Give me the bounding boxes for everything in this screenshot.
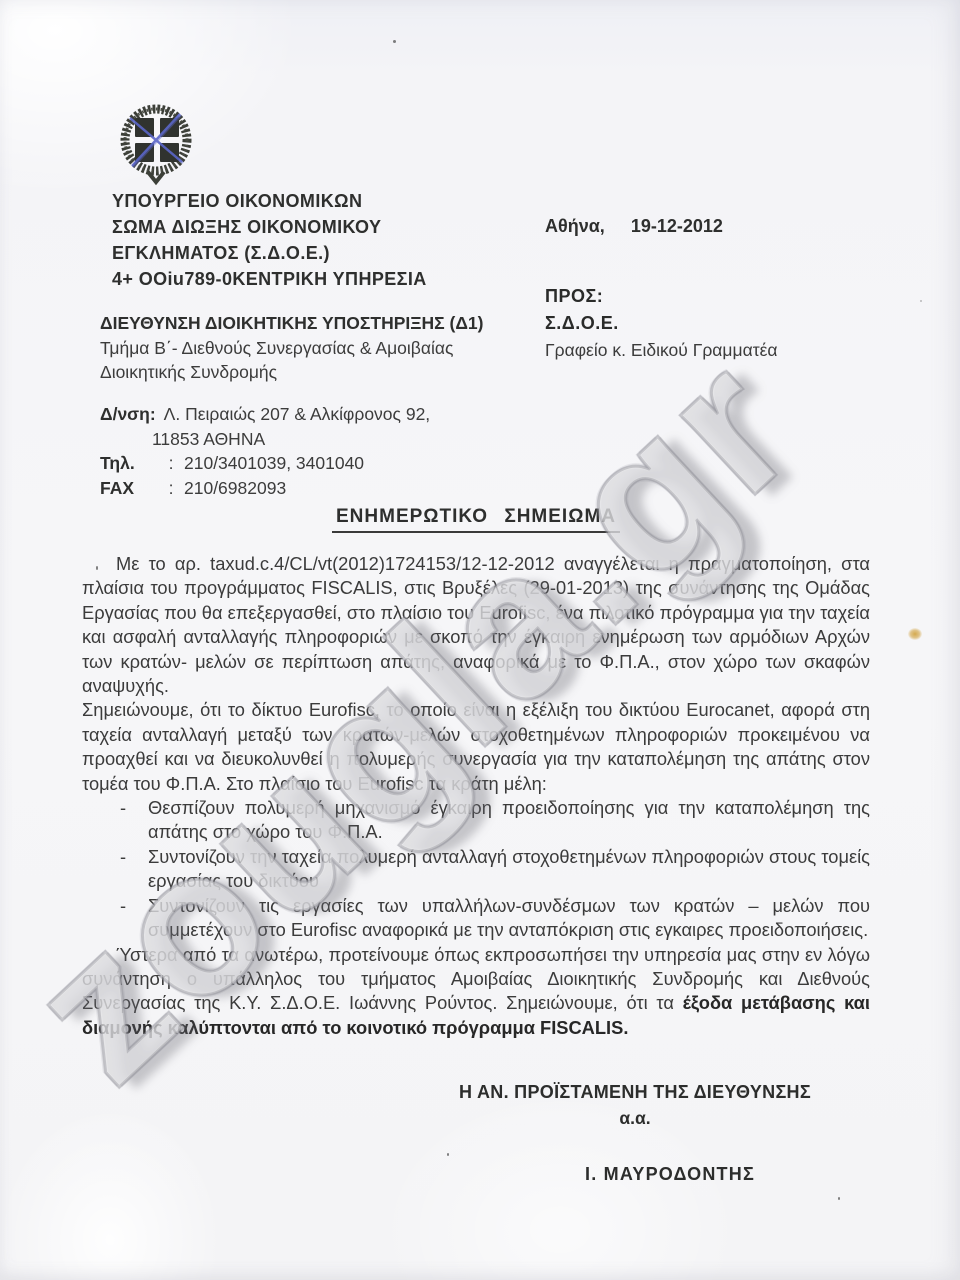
address-line-1: Λ. Πειραιώς 207 & Αλκίφρονος 92, bbox=[164, 402, 431, 427]
scan-speck bbox=[447, 1153, 449, 1156]
org-line-4: 4+ ΟΟiu789-0ΚΕΝΤΡΙΚΗ ΥΠΗΡΕΣΙΑ bbox=[112, 266, 427, 292]
org-line-1: ΥΠΟΥΡΓΕΙΟ ΟΙΚΟΝΟΜΙΚΩΝ bbox=[112, 188, 427, 214]
org-line-3: ΕΓΚΛΗΜΑΤΟΣ (Σ.Δ.Ο.Ε.) bbox=[112, 240, 427, 266]
scan-speck bbox=[96, 566, 98, 570]
tel-value: 210/3401039, 3401040 bbox=[184, 451, 364, 476]
fax-row: FAX : 210/6982093 bbox=[100, 476, 430, 501]
paragraph-2: Σημειώνουμε, ότι το δίκτυο Eurofisc, το … bbox=[82, 698, 870, 796]
recipient-org: Σ.Δ.Ο.Ε. bbox=[545, 310, 778, 337]
contact-block: Δ/νση: Λ. Πειραιώς 207 & Αλκίφρονος 92, … bbox=[100, 402, 430, 500]
scan-speck bbox=[393, 40, 396, 43]
scanned-letter-page: zougla.gr ΥΠΟΥΡΓΕΙΟ ΟΙΚΟΝΟΜΙΚΩΝ ΣΩΜΑ ΔΙΩ… bbox=[0, 0, 960, 1280]
address-line-2: 11853 ΑΘΗΝΑ bbox=[100, 427, 430, 452]
paragraph-1: Με το αρ. taxud.c.4/CL/vt(2012)1724153/1… bbox=[82, 552, 870, 698]
date-line: Αθήνα,19-12-2012 bbox=[545, 216, 723, 237]
directorate-title: ΔΙΕΥΘΥΝΣΗ ΔΙΟΙΚΗΤΙΚΗΣ ΥΠΟΣΤΗΡΙΞΗΣ (Δ1) bbox=[100, 311, 484, 336]
signature-block: Η ΑΝ. ΠΡΟΪΣΤΑΜΕΝΗ ΤΗΣ ΔΙΕΥΘΥΝΣΗΣ α.α. bbox=[420, 1082, 850, 1129]
tel-row: Τηλ. : 210/3401039, 3401040 bbox=[100, 451, 430, 476]
bullet-item-1: - Θεσπίζουν πολυμερή μηχανισμό έγκαιρη π… bbox=[120, 796, 870, 845]
tel-colon: : bbox=[158, 451, 184, 476]
bullet-text-3: Συντονίζουν τις εργασίες των υπαλλήλων-σ… bbox=[148, 895, 870, 940]
bullet-dash: - bbox=[120, 845, 126, 869]
bullet-dash: - bbox=[120, 894, 126, 918]
bullet-list: - Θεσπίζουν πολυμερή μηχανισμό έγκαιρη π… bbox=[120, 796, 870, 942]
bullet-text-2: Συντονίζουν την ταχεία πολυμερή ανταλλαγ… bbox=[148, 846, 870, 891]
signature-name: Ι. ΜΑΥΡΟΔΟΝΤΗΣ bbox=[470, 1164, 870, 1185]
bullet-item-2: - Συντονίζουν την ταχεία πολυμερή ανταλλ… bbox=[120, 845, 870, 894]
letterhead-org: ΥΠΟΥΡΓΕΙΟ ΟΙΚΟΝΟΜΙΚΩΝ ΣΩΜΑ ΔΙΩΞΗΣ ΟΙΚΟΝΟ… bbox=[112, 188, 427, 292]
bullet-item-3: - Συντονίζουν τις εργασίες των υπαλλήλων… bbox=[120, 894, 870, 943]
org-line-2: ΣΩΜΑ ΔΙΩΞΗΣ ΟΙΚΟΝΟΜΙΚΟΥ bbox=[112, 214, 427, 240]
directorate-block: ΔΙΕΥΘΥΝΣΗ ΔΙΟΙΚΗΤΙΚΗΣ ΥΠΟΣΤΗΡΙΞΗΣ (Δ1) Τ… bbox=[100, 311, 484, 385]
subject-title: ΕΝΗΜΕΡΩΤΙΚΟ ΣΗΜΕΙΩΜΑ bbox=[332, 506, 620, 533]
scan-speck bbox=[838, 1197, 840, 1200]
closing-paragraph: Ύστερα από τα ανωτέρω, προτείνουμε όπως … bbox=[82, 943, 870, 1041]
signature-title: Η ΑΝ. ΠΡΟΪΣΤΑΜΕΝΗ ΤΗΣ ΔΙΕΥΘΥΝΣΗΣ bbox=[420, 1082, 850, 1103]
subject-title-wrap: ΕΝΗΜΕΡΩΤΙΚΟ ΣΗΜΕΙΩΜΑ bbox=[82, 506, 870, 533]
signature-by-order: α.α. bbox=[420, 1108, 850, 1129]
yellow-scan-stain bbox=[908, 628, 922, 640]
fax-colon: : bbox=[158, 476, 184, 501]
address-label: Δ/νση: bbox=[100, 402, 156, 427]
date-value: 19-12-2012 bbox=[631, 216, 723, 236]
fax-label: FAX bbox=[100, 476, 158, 501]
tel-label: Τηλ. bbox=[100, 451, 158, 476]
wreath-stems bbox=[148, 172, 164, 182]
bullet-dash: - bbox=[120, 796, 126, 820]
city-label: Αθήνα, bbox=[545, 216, 605, 236]
pros-label: ΠΡΟΣ: bbox=[545, 283, 778, 310]
greek-state-emblem-icon bbox=[114, 96, 198, 190]
recipient-office: Γραφείο κ. Ειδικού Γραμματέα bbox=[545, 337, 778, 364]
letter-body: Με το αρ. taxud.c.4/CL/vt(2012)1724153/1… bbox=[82, 552, 870, 1040]
fax-value: 210/6982093 bbox=[184, 476, 286, 501]
department-line-2: Διοικητικής Συνδρομής bbox=[100, 360, 484, 385]
department-line-1: Τμήμα Β΄- Διεθνούς Συνεργασίας & Αμοιβαί… bbox=[100, 336, 484, 361]
scan-speck bbox=[920, 300, 922, 302]
bullet-text-1: Θεσπίζουν πολυμερή μηχανισμό έγκαιρη προ… bbox=[148, 797, 870, 842]
recipient-block: ΠΡΟΣ: Σ.Δ.Ο.Ε. Γραφείο κ. Ειδικού Γραμμα… bbox=[545, 283, 778, 364]
